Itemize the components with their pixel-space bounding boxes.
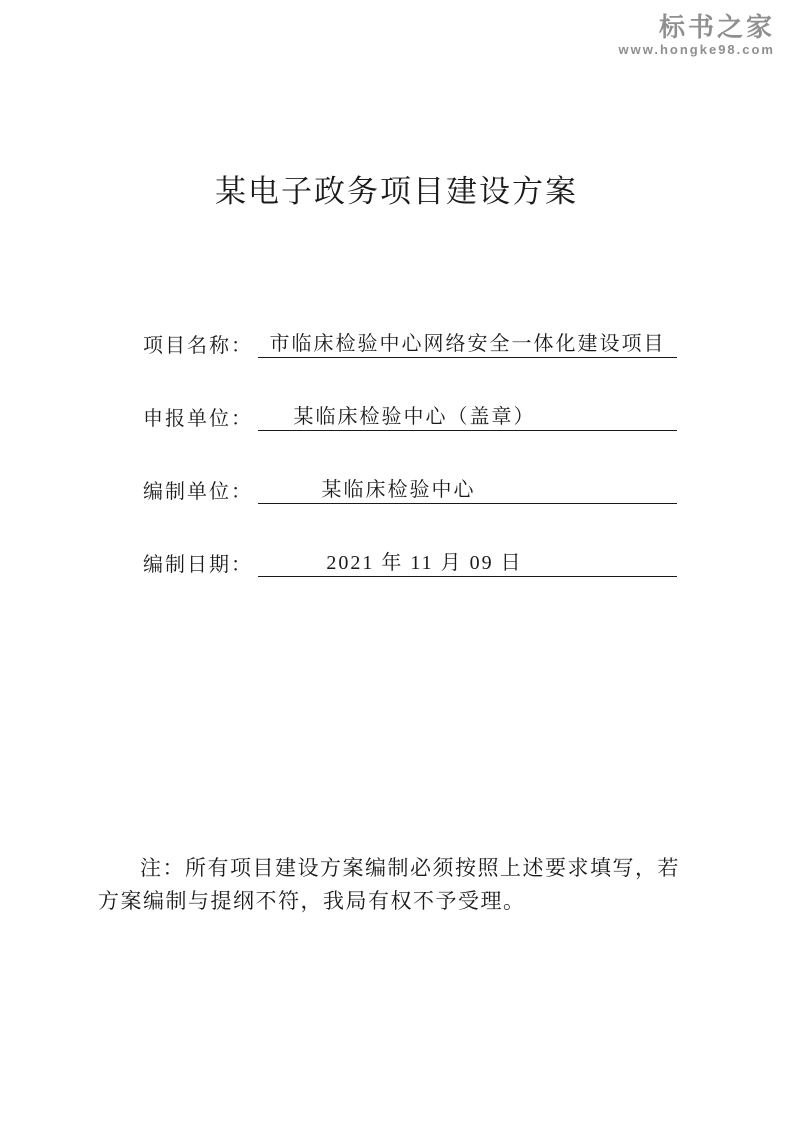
field-row-compiling-unit: 编制单位： 某临床检验中心 <box>143 476 677 504</box>
brand-logo-text: 标书之家 <box>619 12 776 42</box>
brand-watermark: 标书之家 www.hongke98.com <box>619 12 776 58</box>
brand-website-text: www.hongke98.com <box>619 42 776 58</box>
document-title: 某电子政务项目建设方案 <box>0 166 793 211</box>
footer-note-line-2: 方案编制与提纲不符，我局有权不予受理。 <box>98 885 684 918</box>
form-fields: 项目名称： 市临床检验中心网络安全一体化建设项目 申报单位： 某临床检验中心（盖… <box>143 330 677 622</box>
compiling-unit-value: 某临床检验中心 <box>258 473 677 504</box>
field-row-applicant-unit: 申报单位： 某临床检验中心（盖章） <box>143 403 677 431</box>
applicant-unit-value: 某临床检验中心（盖章） <box>258 400 677 431</box>
project-name-value: 市临床检验中心网络安全一体化建设项目 <box>258 327 677 358</box>
compile-date-label: 编制日期： <box>143 548 258 577</box>
applicant-unit-label: 申报单位： <box>143 402 258 431</box>
field-row-compile-date: 编制日期： 2021 年 11 月 09 日 <box>143 549 677 577</box>
compiling-unit-label: 编制单位： <box>143 475 258 504</box>
footer-note-line-1: 注：所有项目建设方案编制必须按照上述要求填写，若 <box>98 852 684 885</box>
compile-date-value: 2021 年 11 月 09 日 <box>258 546 677 577</box>
field-row-project-name: 项目名称： 市临床检验中心网络安全一体化建设项目 <box>143 330 677 358</box>
project-name-label: 项目名称： <box>143 329 258 358</box>
footer-note: 注：所有项目建设方案编制必须按照上述要求填写，若 方案编制与提纲不符，我局有权不… <box>98 852 684 918</box>
